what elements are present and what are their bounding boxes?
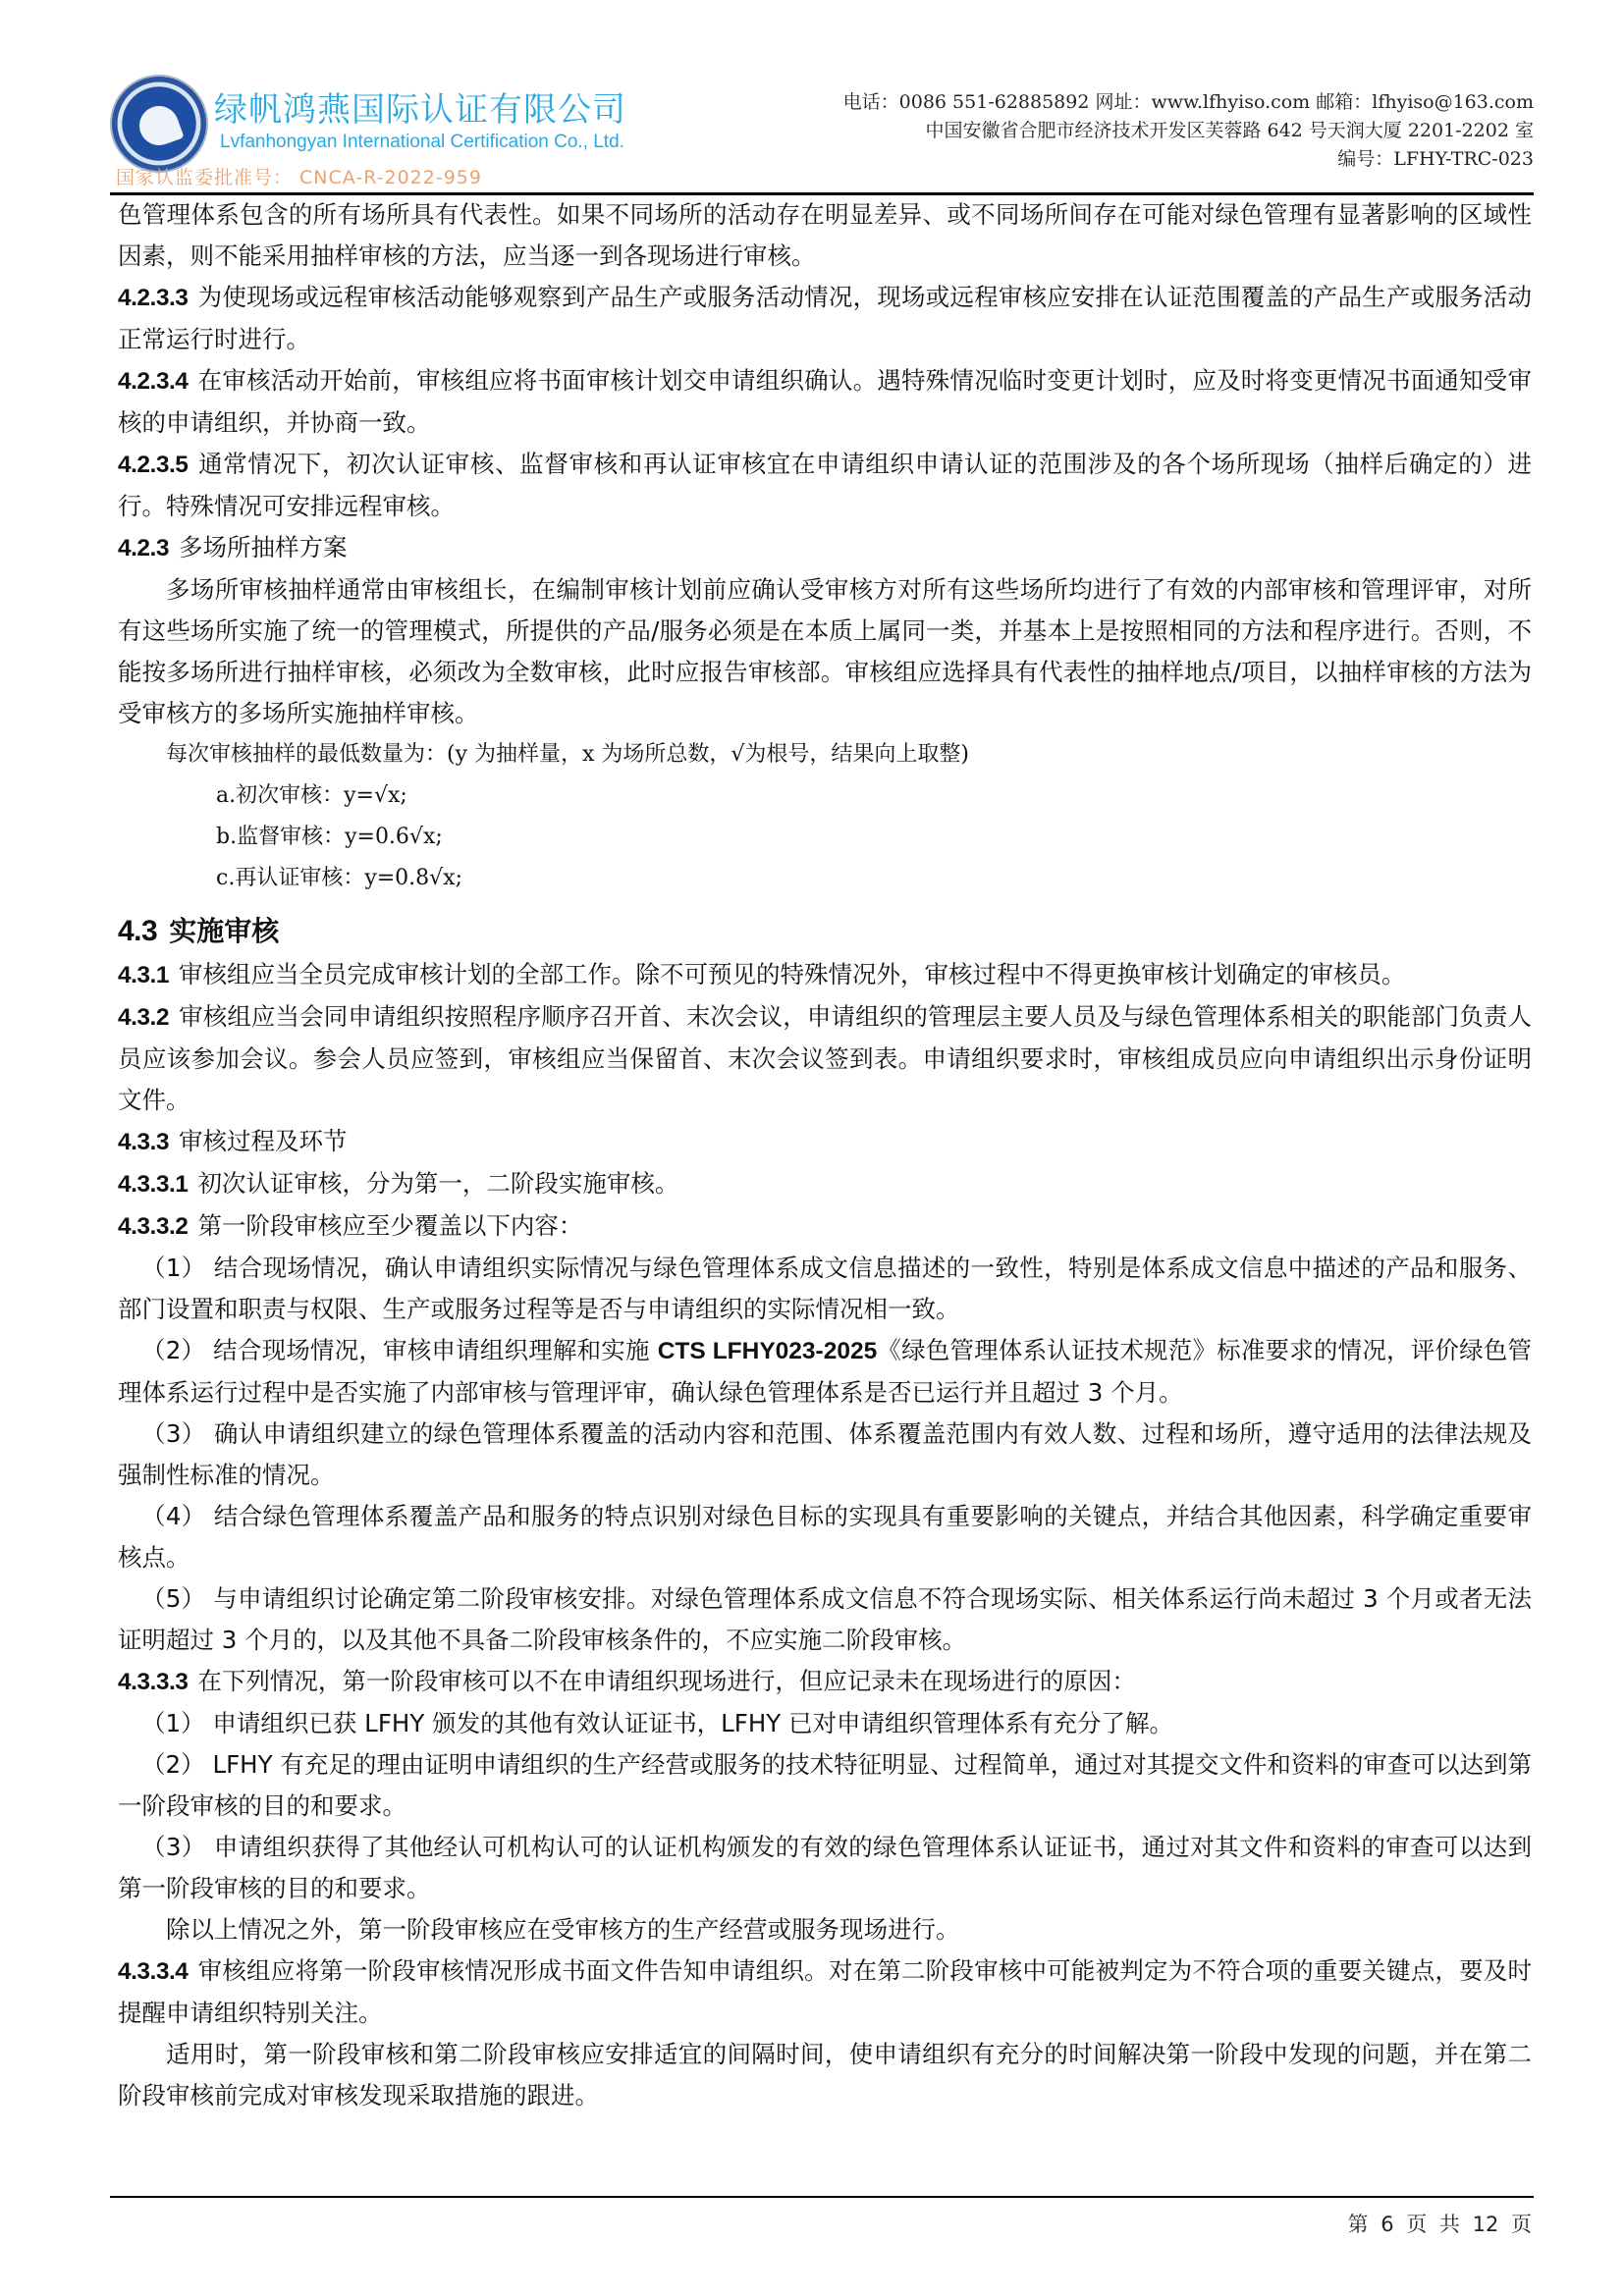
clause-number: 4.2.3.5 — [118, 452, 188, 478]
clause-number: 4.3.3.1 — [118, 1171, 188, 1198]
clause-text: 第一阶段审核应至少覆盖以下内容： — [197, 1211, 582, 1240]
document-body: 色管理体系包含的所有场所具有代表性。如果不同场所的活动存在明显差异、或不同场所间… — [118, 194, 1532, 2116]
sampling-paragraph: 多场所审核抽样通常由审核组长，在编制审核计划前应确认受审核方对所有这些场所均进行… — [118, 569, 1532, 734]
company-seal-logo-icon — [110, 75, 208, 173]
page-number: 第 6 页 共 12 页 — [1348, 2209, 1532, 2238]
item-label: （2） — [141, 1750, 205, 1779]
clause-4-3-3-3: 4.3.3.3在下列情况，第一阶段审核可以不在申请组织现场进行，但应记录未在现场… — [118, 1661, 1532, 1703]
offsite-item-3: （3） 申请组织获得了其他经认可机构认可的认证机构颁发的有效的绿色管理体系认证证… — [118, 1827, 1532, 1909]
clause-text: 通常情况下，初次认证审核、监督审核和再认证审核宜在申请组织申请认证的范围涉及的各… — [118, 450, 1532, 520]
offsite-item-2: （2） LFHY 有充足的理由证明申请组织的生产经营或服务的技术特征明显、过程简… — [118, 1744, 1532, 1827]
clause-text: 在审核活动开始前，审核组应将书面审核计划交申请组织确认。遇特殊情况临时变更计划时… — [118, 366, 1532, 437]
item-label: （3） — [141, 1833, 206, 1861]
continuation-paragraph: 色管理体系包含的所有场所具有代表性。如果不同场所的活动存在明显差异、或不同场所间… — [118, 194, 1532, 277]
clause-4-3-3-4: 4.3.3.4审核组应将第一阶段审核情况形成书面文件告知申请组织。对在第二阶段审… — [118, 1950, 1532, 2034]
contact-info: 电话：0086 551-62885892 网址：www.lfhyiso.com … — [843, 88, 1534, 174]
stage1-item-1: （1） 结合现场情况，确认申请组织实际情况与绿色管理体系成文信息描述的一致性，特… — [118, 1248, 1532, 1330]
item-text: 结合现场情况，确认申请组织实际情况与绿色管理体系成文信息描述的一致性，特别是体系… — [118, 1254, 1532, 1323]
approval-number: 国家认监委批准号： CNCA-R-2022-959 — [116, 163, 482, 189]
section-title: 实施审核 — [169, 915, 279, 947]
section-4-3-heading: 4.3实施审核 — [118, 909, 1532, 954]
clause-4-2-3-heading: 4.2.3多场所抽样方案 — [118, 527, 1532, 569]
stage1-item-5: （5） 与申请组织讨论确定第二阶段审核安排。对绿色管理体系成文信息不符合现场实际… — [118, 1578, 1532, 1661]
clause-number: 4.2.3.3 — [118, 285, 188, 311]
clause-number: 4.3.2 — [118, 1004, 169, 1031]
offsite-item-1: （1） 申请组织已获 LFHY 颁发的其他有效认证证书，LFHY 已对申请组织管… — [118, 1703, 1532, 1744]
contact-line: 电话：0086 551-62885892 网址：www.lfhyiso.com … — [843, 88, 1534, 117]
item-label: （5） — [141, 1584, 205, 1613]
item-text: 与申请组织讨论确定第二阶段审核安排。对绿色管理体系成文信息不符合现场实际、相关体… — [118, 1584, 1532, 1654]
stage1-item-4: （4） 结合绿色管理体系覆盖产品和服务的特点识别对绿色目标的实现具有重要影响的关… — [118, 1496, 1532, 1578]
item-label: （4） — [141, 1502, 206, 1530]
clause-4-2-3-4: 4.2.3.4在审核活动开始前，审核组应将书面审核计划交申请组织确认。遇特殊情况… — [118, 360, 1532, 444]
clause-4-3-3-2: 4.3.3.2第一阶段审核应至少覆盖以下内容： — [118, 1205, 1532, 1248]
item-text: 申请组织已获 LFHY 颁发的其他有效认证证书，LFHY 已对申请组织管理体系有… — [212, 1709, 1173, 1737]
doc-number: 编号：LFHY-TRC-023 — [843, 145, 1534, 174]
footer-divider — [110, 2196, 1534, 2198]
item-text: 结合现场情况，审核申请组织理解和实施 — [213, 1336, 658, 1364]
stage1-item-3: （3） 确认申请组织建立的绿色管理体系覆盖的活动内容和范围、体系覆盖范围内有效人… — [118, 1414, 1532, 1496]
item-label: （1） — [141, 1254, 206, 1282]
stage-interval-paragraph: 适用时，第一阶段审核和第二阶段审核应安排适宜的间隔时间，使申请组织有充分的时间解… — [118, 2034, 1532, 2116]
company-name-en: Lvfanhongyan International Certification… — [220, 132, 624, 153]
clause-text: 为使现场或远程审核活动能够观察到产品生产或服务活动情况，现场或远程审核应安排在认… — [118, 283, 1532, 353]
stage1-item-2: （2） 结合现场情况，审核申请组织理解和实施 CTS LFHY023-2025《… — [118, 1330, 1532, 1414]
item-text: 结合绿色管理体系覆盖产品和服务的特点识别对绿色目标的实现具有重要影响的关键点，并… — [118, 1502, 1532, 1572]
item-label: （1） — [141, 1709, 205, 1737]
clause-4-3-3-1: 4.3.3.1初次认证审核，分为第一，二阶段实施审核。 — [118, 1163, 1532, 1205]
company-logo-block: 绿帆鸿燕国际认证有限公司 Lvfanhongyan International … — [110, 65, 660, 187]
clause-text: 审核组应当会同申请组织按照程序顺序召开首、末次会议，申请组织的管理层主要人员及与… — [118, 1002, 1532, 1114]
address-line: 中国安徽省合肥市经济技术开发区芙蓉路 642 号天润大厦 2201-2202 室 — [843, 117, 1534, 145]
formula-intro: 每次审核抽样的最低数量为：(y 为抽样量，x 为场所总数，√为根号，结果向上取整… — [118, 734, 1532, 775]
clause-4-3-1: 4.3.1审核组应当全员完成审核计划的全部工作。除不可预见的特殊情况外，审核过程… — [118, 954, 1532, 996]
standard-code: CTS LFHY023-2025 — [658, 1338, 878, 1364]
clause-text: 在下列情况，第一阶段审核可以不在申请组织现场进行，但应记录未在现场进行的原因： — [197, 1667, 1136, 1695]
clause-number: 4.3.1 — [118, 962, 169, 988]
clause-title: 多场所抽样方案 — [179, 533, 348, 561]
clause-number: 4.3.3 — [118, 1129, 169, 1155]
section-number: 4.3 — [118, 915, 157, 947]
offsite-closing: 除以上情况之外，第一阶段审核应在受审核方的生产经营或服务现场进行。 — [118, 1909, 1532, 1950]
clause-number: 4.3.3.4 — [118, 1958, 188, 1985]
clause-4-2-3-3: 4.2.3.3为使现场或远程审核活动能够观察到产品生产或服务活动情况，现场或远程… — [118, 277, 1532, 360]
clause-number: 4.2.3.4 — [118, 368, 188, 395]
item-text: 申请组织获得了其他经认可机构认可的认证机构颁发的有效的绿色管理体系认证证书，通过… — [118, 1833, 1532, 1902]
clause-4-3-2: 4.3.2审核组应当会同申请组织按照程序顺序召开首、末次会议，申请组织的管理层主… — [118, 996, 1532, 1121]
page-header: 绿帆鸿燕国际认证有限公司 Lvfanhongyan International … — [110, 65, 1534, 192]
clause-text: 审核组应将第一阶段审核情况形成书面文件告知申请组织。对在第二阶段审核中可能被判定… — [118, 1956, 1532, 2027]
clause-text: 审核组应当全员完成审核计划的全部工作。除不可预见的特殊情况外，审核过程中不得更换… — [179, 960, 1406, 988]
formula-surveillance-audit: b.监督审核：y=0.6√x; — [118, 817, 1532, 858]
clause-number: 4.3.3.3 — [118, 1669, 188, 1695]
company-name-cn: 绿帆鸿燕国际认证有限公司 — [214, 82, 626, 131]
clause-4-3-3: 4.3.3审核过程及环节 — [118, 1121, 1532, 1163]
item-text: LFHY 有充足的理由证明申请组织的生产经营或服务的技术特征明显、过程简单，通过… — [118, 1750, 1532, 1820]
item-text: 确认申请组织建立的绿色管理体系覆盖的活动内容和范围、体系覆盖范围内有效人数、过程… — [118, 1419, 1532, 1489]
item-label: （2） — [141, 1336, 205, 1364]
clause-4-2-3-5: 4.2.3.5通常情况下，初次认证审核、监督审核和再认证审核宜在申请组织申请认证… — [118, 444, 1532, 527]
clause-number: 4.3.3.2 — [118, 1213, 188, 1240]
formula-recertification-audit: c.再认证审核：y=0.8√x; — [118, 858, 1532, 899]
formula-initial-audit: a.初次审核：y=√x; — [118, 775, 1532, 817]
item-label: （3） — [141, 1419, 206, 1448]
clause-number: 4.2.3 — [118, 535, 169, 561]
clause-text: 初次认证审核，分为第一，二阶段实施审核。 — [197, 1169, 678, 1198]
clause-title: 审核过程及环节 — [179, 1127, 348, 1155]
